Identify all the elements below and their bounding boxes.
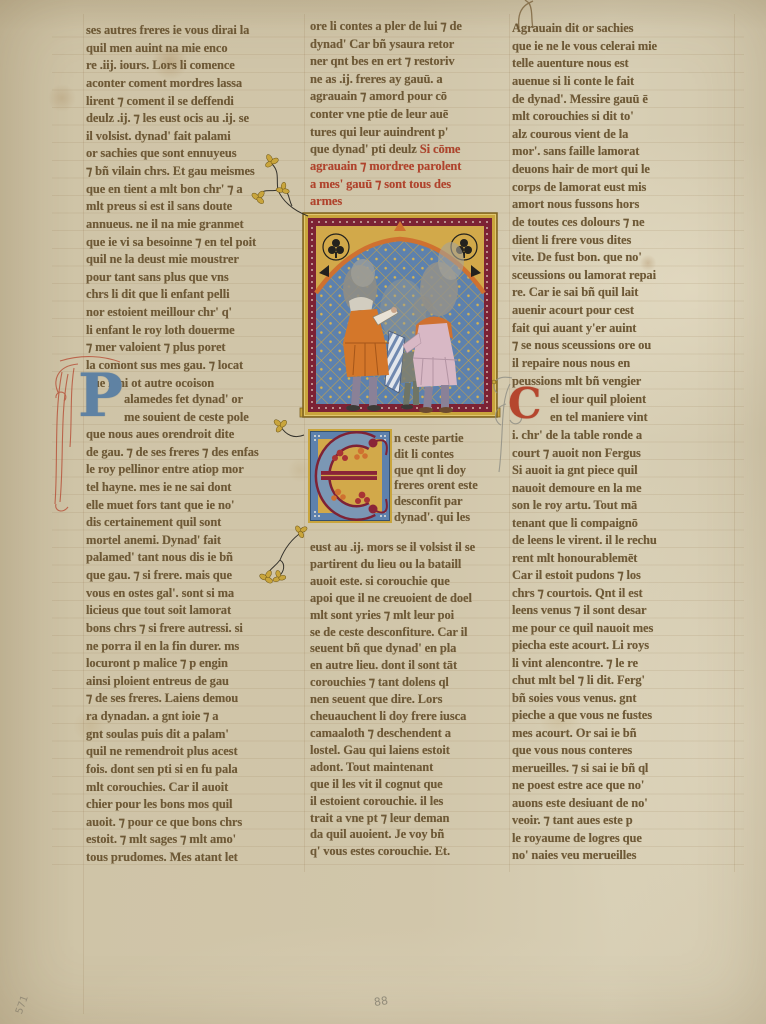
text-line: elle muet fors tant que ie no' [86,497,259,515]
text-line: ne porra il en la fin durer. ms [86,638,259,656]
column-middle-text-top: ore li contes a pler de lui ⁊ dedynad' C… [310,18,462,141]
text-line: armes [310,193,461,211]
text-line: bñ soies vous venus. gnt [512,690,657,708]
text-line: que qnt li doy [394,463,478,479]
column-middle-text-beside-initial: n ceste partiedit li contesque qnt li do… [394,431,478,526]
text-line: court ⁊ auoit non Fergus [512,445,657,463]
text-line: il estoient corouchie. il les [310,793,475,810]
text-line: Si auoit ia gnt piece quil [512,462,657,480]
text-line: mor'. sans faille lamorat [512,143,657,161]
text-line: trait a vne pt ⁊ leur deman [310,810,475,827]
text-line: Car il estoit pudons ⁊ los [512,567,657,585]
folio-number-pencil: 88 [373,994,389,1009]
text-line: fois. dont sen pti si en fu pala [86,761,259,779]
text-line: adont. Tout maintenant [310,759,475,776]
text-line: tenant que li compaignō [512,515,657,533]
text-line: corouchies ⁊ tant dolens ql [310,674,475,691]
text-line: i. chr' de la table ronde a [512,427,657,445]
text-line: desconfit par [394,494,478,510]
text-line: dynad' Car bñ ysaura retor [310,36,462,54]
text-line: agrauain ⁊ mordree parolent [310,158,461,176]
text-line: lostel. Gau qui laiens estoit [310,742,475,759]
text-line: ⁊ bñ vilain chrs. Et gau meismes [86,163,256,181]
text-line: re .iij. iours. Lors li comence [86,57,256,75]
text-line: dit li contes [394,447,478,463]
text-line: seuent bñ que dynad' en pla [310,640,475,657]
text-line: ses autres freres ie vous dirai la [86,22,256,40]
text-line: li enfant le roy loth douerme [86,322,256,340]
text-line: sceussions ou lamorat repai [512,267,657,285]
text-line: corps de lamorat eust mis [512,179,657,197]
text-line: ore li contes a pler de lui ⁊ de [310,18,462,36]
text-line: que ie ne le vous celerai mie [512,38,657,56]
text-line: auenue si li conte le fait [512,73,657,91]
text-line: piecha este acourt. Li roys [512,637,657,655]
text-line: auons este desiuant de no' [512,795,657,813]
text-line: merueilles. ⁊ si sai ie bñ ql [512,760,657,778]
text-line: quil men auint na mie enco [86,40,256,58]
text-line: que vous nous conteres [512,742,657,760]
text-line: tous prudomes. Mes atant let [86,849,259,867]
text-line: el iour quil ploient [550,391,648,409]
text-line: eust au .ij. mors se il volsist il se [310,539,475,556]
text-line: ne poest estre ace que no' [512,777,657,795]
text-line: locuront p malice ⁊ p engin [86,655,259,673]
text-line: alamedes fet dynad' or [124,391,249,409]
text-line: apoi que il ne creuoient de doel [310,590,475,607]
ivy-spray-middle [272,415,306,443]
text-line: de leens le virent. il le rechu [512,532,657,550]
text-line: nen seuent que dire. Lors [310,691,475,708]
text-line: bons chrs ⁊ si frere autressi. si [86,620,259,638]
text-line: le royaume de logres que [512,830,657,848]
text-line: me pour ce quil nauoit mes [512,620,657,638]
column-middle-mixed-line: que dynad' pti deulz Si cōme [310,141,460,159]
text-line: a mes' gauū ⁊ sont tous des [310,176,461,194]
text-line: mlt preus si est il sans doute [86,198,256,216]
text-line: licieus que tout soit lamorat [86,602,259,620]
text-line: que il les vit il cognut que [310,776,475,793]
text-line: auoit. ⁊ pour ce que bons chrs [86,814,259,832]
decorated-initial-c: C [508,384,541,424]
text-line: palamed' tant nous dis ie bñ [86,549,259,567]
text-line: mlt corouchies. Car il auoit [86,779,259,797]
column-left-text-top: ses autres freres ie vous dirai laquil m… [86,22,256,392]
text-line: auenir acourt pour cest [512,302,657,320]
text-line: de dynad'. Messire gauū ē [512,91,657,109]
text-line: mlt sont yries ⁊ mlt leur poi [310,607,475,624]
text-line: me souient de ceste pole [124,409,249,427]
text-line: chut mlt bel ⁊ li dit. Ferg' [512,672,657,690]
text-line: en tel maniere vint [550,409,648,427]
column-middle-text-bottom: eust au .ij. mors se il volsist il separ… [310,539,475,860]
text-line: or sachies que sont ennuyeus [86,145,256,163]
text-line: dis certainement quil sont [86,514,259,532]
text-line: camaaloth ⁊ deschendent a [310,725,475,742]
ruling-vertical-gutter1 [304,14,305,872]
mixed-line-black: que dynad' pti deulz [310,142,420,156]
text-line: mlt corouchies si dit to' [512,108,657,126]
text-line: alz courous vient de la [512,126,657,144]
decorated-initial-p: P [78,368,123,424]
text-line: pieche a que vous ne fustes [512,707,657,725]
rubric-lines: agrauain ⁊ mordree parolenta mes' gauū ⁊… [310,158,461,211]
text-line: re. Car ie sai bñ quil lait [512,284,657,302]
text-line: leens venus ⁊ il sont desar [512,602,657,620]
text-line: mortel anemi. Dynad' fait [86,532,259,550]
text-line: que ie vi sa besoinne ⁊ en tel poit [86,234,256,252]
text-line: le roy pellinor entre atiop mor [86,461,259,479]
text-line: son le roy artu. Tout mā [512,497,657,515]
text-line: ainsi ploient entreus de gau [86,673,259,691]
text-line: no' naies veu merueilles [512,847,657,865]
text-line: chrs ⁊ courtois. Qnt il est [512,585,657,603]
text-line: gnt soulas puis dit a palam' [86,726,259,744]
text-line: ⁊ de ses freres. Laiens demou [86,690,259,708]
text-line: telle auenture nous est [512,55,657,73]
text-line: deulz .ij. ⁊ les eust ocis au .ij. se [86,110,256,128]
text-line: deuons hair de mort qui le [512,161,657,179]
text-line: Agrauain dit or sachies [512,20,657,38]
text-line: conter vne ptie de leur auē [310,106,462,124]
shelfmark-pencil: 571 [14,994,31,1016]
text-line: que gau. ⁊ si frere. mais que [86,567,259,585]
text-line: il volsist. dynad' fait palami [86,128,256,146]
ivy-spray-top [252,150,310,220]
column-left-text-indent: alamedes fet dynad' orme souient de cest… [124,391,249,426]
text-line: agrauain ⁊ amord pour cō [310,88,462,106]
text-line: mes acourt. Or sai ie bñ [512,725,657,743]
text-line: veoir. ⁊ tant aues este p [512,812,657,830]
text-line: chier pour les bons mos quil [86,796,259,814]
text-line: nor estoient meillour chr' q' [86,304,256,322]
manuscript-page: ses autres freres ie vous dirai laquil m… [0,0,766,1024]
text-line: li vint alencontre. ⁊ le re [512,655,657,673]
text-line: dient li frere vous dites [512,232,657,250]
text-line: se de ceste desconfiture. Car il [310,624,475,641]
text-line: tel hayne. mes ie ne sai dont [86,479,259,497]
text-line: chrs li dit que li enfant pelli [86,286,256,304]
text-line: auoit este. si corouchie que [310,573,475,590]
text-line: amort nous fussons hors [512,196,657,214]
text-line: que nous aues orendroit dite [86,426,259,444]
text-line: de toutes ces dolours ⁊ ne [512,214,657,232]
text-line: ra dynadan. a gnt ioie ⁊ a [86,708,259,726]
text-line: aconter coment mordres lassa [86,75,256,93]
mixed-line-red: Si cōme [420,142,461,156]
column-right-text-indent: el iour quil ploienten tel maniere vint [550,391,648,426]
text-line: n ceste partie [394,431,478,447]
text-line: que en tient a mlt bon chr' ⁊ a [86,181,256,199]
text-line: tures qui leur auindrent p' [310,124,462,142]
text-line: de gau. ⁊ de ses freres ⁊ des enfas [86,444,259,462]
text-line: rent mlt honourablemēt [512,550,657,568]
text-line: en autre lieu. dont il sont tāt [310,657,475,674]
column-right-text-top: Agrauain dit or sachiesque ie ne le vous… [512,20,657,390]
text-line: quil ne la deust mie moustrer [86,251,256,269]
ivy-spray-bottom [260,524,304,582]
text-line: il repaire nous nous en [512,355,657,373]
text-line: annueus. ne il na mie granmet [86,216,256,234]
text-line: ner qnt bes en ert ⁊ restoriv [310,53,462,71]
text-line: pour tant sans plus que vns [86,269,256,287]
text-line: vous en ostes gal'. sont si ma [86,585,259,603]
text-line: nauoit demoure en la me [512,480,657,498]
text-line: da quil auoient. Je voy bñ [310,826,475,843]
text-line: cheuauchent li doy frere iusca [310,708,475,725]
column-left-text-bottom: que nous aues orendroit ditede gau. ⁊ de… [86,426,259,867]
text-line: q' vous estes corouchie. Et. [310,843,475,860]
text-line: partirent du lieu ou la bataill [310,556,475,573]
text-line: ne as .ij. freres ay gauū. a [310,71,462,89]
text-line: quil ne remendroit plus acest [86,743,259,761]
text-line: vite. De fust bon. que no' [512,249,657,267]
text-line: ⁊ se nous sceussions ore ou [512,337,657,355]
text-line: freres orent este [394,478,478,494]
decorated-initial-e [308,429,392,523]
text-line: estoit. ⁊ mlt sages ⁊ mlt amo' [86,831,259,849]
text-line: fait qui auant y'er auint [512,320,657,338]
ruling-vertical-right [734,14,735,872]
text-line: dynad'. qui les [394,510,478,526]
column-right-text-bottom: i. chr' de la table ronde acourt ⁊ auoit… [512,427,657,865]
miniature-two-figures [303,213,497,417]
text-line: lirent ⁊ coment il se deffendi [86,93,256,111]
